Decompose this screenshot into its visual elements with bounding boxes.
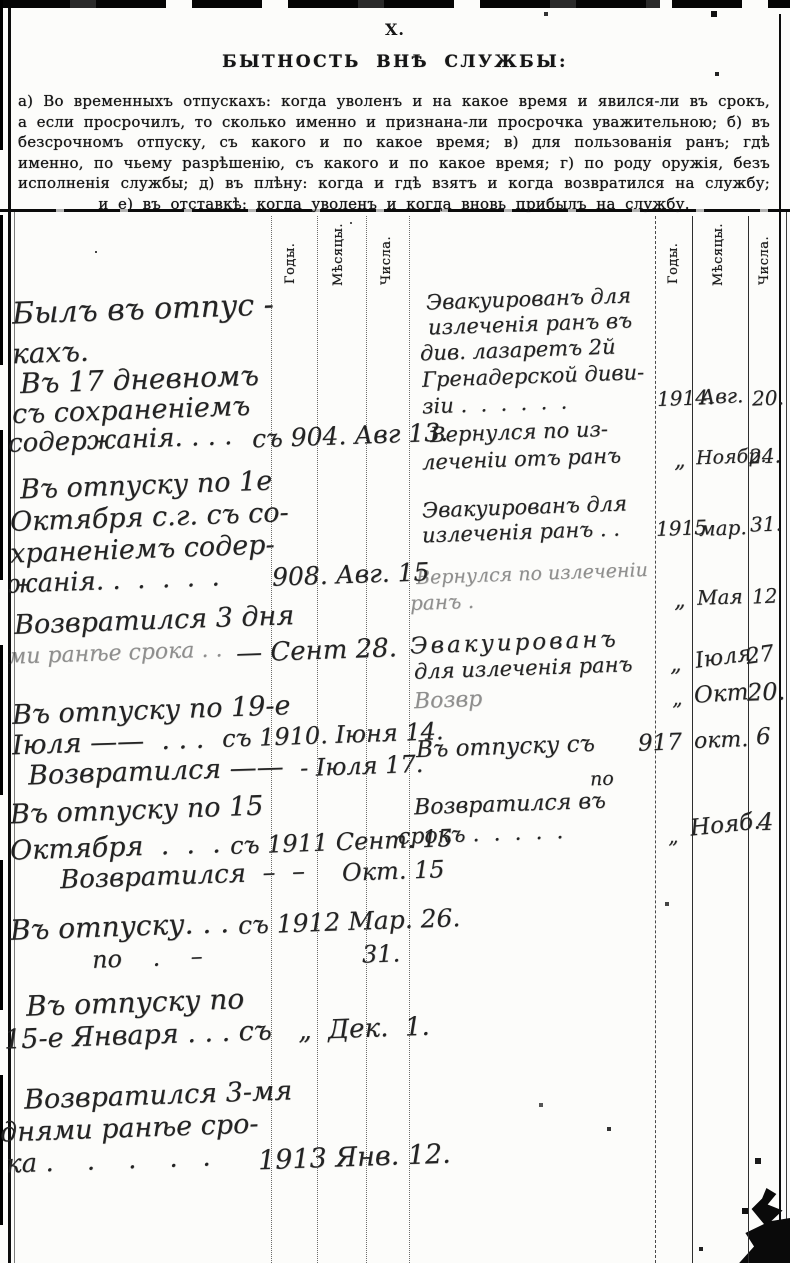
handwritten-line: Вернулся по излеченіи xyxy=(416,559,648,589)
handwritten-date: 6 xyxy=(756,724,772,750)
scan-left-edge xyxy=(0,0,3,1263)
handwritten-line: по . – xyxy=(92,942,203,974)
page-border-left xyxy=(8,8,11,1263)
handwritten-date: съ 904. Авг 13. xyxy=(252,418,449,454)
handwritten-line: Въ отпуску съ xyxy=(416,731,596,763)
handwritten-line: по xyxy=(590,768,614,791)
handwritten-date: 12 xyxy=(752,584,778,609)
handwritten-date: 20. xyxy=(747,677,786,706)
handwritten-date: мар. xyxy=(699,515,747,541)
page-border-right-inner xyxy=(786,210,787,1263)
handwritten-date: 4 xyxy=(758,808,774,837)
page-title: БЫТНОСТЬ ВНѢ СЛУЖБЫ: xyxy=(0,52,790,72)
handwritten-date: — Сент 28. xyxy=(236,633,398,669)
handwritten-line: Возвратился въ xyxy=(414,789,607,821)
instructions-paragraph: а) Во временныхъ отпускахъ: когда уволен… xyxy=(18,91,770,214)
handwritten-line: ранъ . xyxy=(410,589,475,615)
handwritten-line: див. лазаретъ 2й xyxy=(420,335,616,366)
ditto-mark: „ xyxy=(674,448,686,473)
handwritten-line: Гренадерской диви- xyxy=(422,360,645,392)
column-header-months-right: Мѣсяцы. xyxy=(711,223,726,286)
handwritten-date: Мая xyxy=(697,584,743,610)
column-header-months-left: Мѣсяцы. xyxy=(331,223,346,286)
handwritten-line: Въ отпуску по 15 xyxy=(10,791,264,831)
column-header-years-right: Годы. xyxy=(666,243,681,284)
column-header-years-left: Годы. xyxy=(283,243,298,284)
handwritten-date: окт. xyxy=(694,727,749,754)
ditto-mark: „ xyxy=(668,824,679,848)
column-header-days-left: Числа. xyxy=(379,236,394,285)
handwritten-date: 1913 Янв. 12. xyxy=(258,1139,452,1177)
ink-specks xyxy=(0,0,2,2)
handwritten-date: Нояб. xyxy=(689,808,762,841)
handwritten-line: содержанія. . . . xyxy=(8,421,233,459)
table-rule-vertical xyxy=(692,216,693,1263)
handwritten-date: 20. xyxy=(752,385,785,410)
handwritten-date: 27 xyxy=(744,641,775,670)
handwritten-line: Возвр xyxy=(414,687,483,714)
handwritten-line: ми ранѣе срока . . xyxy=(8,637,223,669)
ditto-mark: „ xyxy=(674,588,686,613)
handwritten-line: леченіи отъ ранъ xyxy=(422,444,622,475)
page-border-right xyxy=(779,14,781,1263)
handwritten-date: 908. Авг. 15 xyxy=(272,557,430,591)
handwritten-line: Возвратился 3 дня xyxy=(14,600,295,641)
section-number: X. xyxy=(0,20,790,39)
handwritten-date: 917 xyxy=(638,729,683,757)
handwritten-date: съ 1910. Іюня 14. xyxy=(222,717,444,753)
handwritten-line: Былъ въ отпус - xyxy=(11,287,274,331)
ditto-mark: „ xyxy=(670,652,682,677)
handwritten-line: Въ отпуску. . . xyxy=(9,906,229,947)
handwritten-line: Вернулся по из- xyxy=(430,417,609,447)
handwritten-date: Авг. xyxy=(700,383,744,408)
handwritten-date: 24. xyxy=(749,443,782,468)
handwritten-line: ка . . . . . xyxy=(6,1142,212,1179)
handwritten-line: жанія. . . . . . xyxy=(8,562,221,599)
handwritten-date: Окт xyxy=(693,679,749,709)
ditto-mark: „ xyxy=(672,686,683,710)
scanned-service-record-page: X. БЫТНОСТЬ ВНѢ СЛУЖБЫ: а) Во временныхъ… xyxy=(0,0,790,1263)
handwritten-date: Окт. 15 xyxy=(342,855,445,887)
scan-top-edge xyxy=(0,0,790,8)
handwritten-line: зіи . . . . . . xyxy=(422,389,568,418)
handwritten-date: 31. xyxy=(750,511,783,536)
handwritten-line: срокъ . . . . . xyxy=(398,819,564,850)
column-header-days-right: Числа. xyxy=(757,236,772,285)
handwritten-date: - Іюля 17. xyxy=(300,750,424,782)
handwritten-date: „ Дек. 1. xyxy=(298,1012,431,1047)
handwritten-date: 31. xyxy=(362,939,401,968)
